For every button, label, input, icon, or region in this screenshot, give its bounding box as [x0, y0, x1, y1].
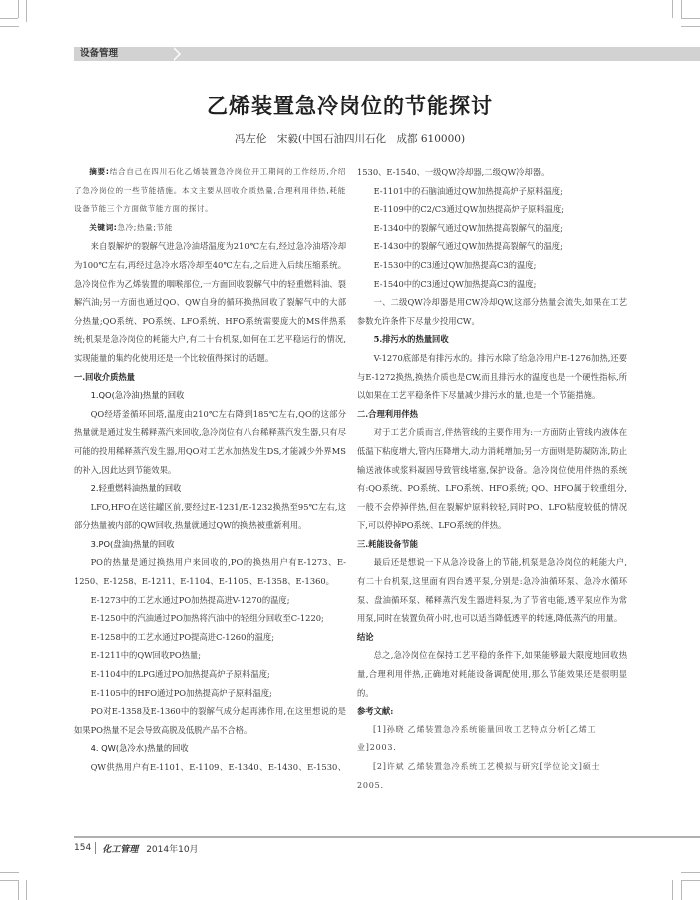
abstract-label: 摘要:	[89, 167, 109, 176]
subsection-heading: 3.PO(盘油)热量的回收	[74, 535, 346, 554]
paragraph: E-1101中的石脑油通过QW加热提高炉子原料温度;	[357, 182, 627, 201]
paragraph: PO的热量是通过换热用户来回收的,PO的换热用户有E-1273、E-1250、E…	[74, 553, 346, 590]
paragraph: E-1540中的C3通过QW加热提高C3的温度;	[357, 275, 627, 294]
journal-name: 化工管理	[102, 842, 138, 855]
intro-paragraph: 来自裂解炉的裂解气进急冷油塔温度为210℃左右,经过急冷油塔冷却为100℃左右,…	[74, 237, 346, 367]
paragraph: QO经塔釜循环回塔,温度由210℃左右降到185℃左右,QO的这部分热量就是通过…	[74, 405, 346, 479]
crop-mark-bottom-right-h	[681, 872, 700, 873]
section-heading: 一.回收介质热量	[74, 368, 346, 387]
section-label: 设备管理	[80, 47, 118, 61]
paragraph-continuation: 1530、E-1540、一级QW冷却器,二级QW冷却器。	[357, 163, 627, 182]
paragraph: QW供热用户有E-1101、E-1109、E-1340、E-1430、E-153…	[74, 758, 346, 777]
references-heading: 参考文献:	[357, 702, 627, 721]
subsection-heading: 1.QO(急冷油)热量的回收	[74, 386, 346, 405]
paragraph: E-1340中的裂解气通过QW加热提高裂解气的温度;	[357, 219, 627, 238]
section-heading: 三.耗能设备节能	[357, 535, 627, 554]
crop-mark-bottom-left-v	[26, 880, 27, 900]
paragraph: 一、二级QW冷却器是用CW冷却QW,这部分热量会流失,如果在工艺参数允许条件下尽…	[357, 293, 627, 330]
chevron-inner-shape	[172, 47, 179, 61]
paragraph: 最后还是想说一下从急冷设备上的节能,机泵是急冷岗位的耗能大户,有二十台机泵,这里…	[357, 553, 627, 627]
section-heading: 二.合理利用伴热	[357, 405, 627, 424]
crop-mark-bottom-left-h	[0, 872, 19, 873]
left-column: 摘要:结合自己在四川石化乙烯装置急冷岗位开工期间的工作经历,介绍了急冷岗位的一些…	[74, 163, 346, 777]
article-title: 乙烯装置急冷岗位的节能探讨	[0, 90, 700, 120]
paragraph: 总之,急冷岗位在保持工艺平稳的条件下,如果能够最大限度地回收热量,合理利用伴热,…	[357, 646, 627, 702]
section-header-bar: 设备管理	[74, 47, 700, 61]
crop-mark-top-right-box	[681, 0, 682, 18]
reference-item: [2]许斌 乙烯装置急冷系统工艺模拟与研究[学位论文]硕士 2005.	[357, 758, 627, 795]
paragraph: PO对E-1358及E-1360中的裂解气成分起再沸作用,在这里想说的是如果PO…	[74, 702, 346, 739]
issue-date: 2014年10月	[146, 842, 198, 855]
keywords: 关键词:急冷;热量;节能	[74, 219, 346, 238]
keywords-label: 关键词:	[89, 223, 117, 232]
reference-item: [1]孙晓 乙烯装置急冷系统能量回收工艺特点分析[乙烯工业]2003.	[357, 721, 627, 758]
page-number: 154	[74, 842, 96, 854]
crop-mark-bottom-right-boxh	[681, 880, 700, 881]
subsection-heading: 5.排污水的热量回收	[357, 330, 627, 349]
crop-mark-bottom-right-box	[681, 880, 682, 900]
paragraph: E-1258中的工艺水通过PO提高进C-1260的温度;	[74, 628, 346, 647]
paragraph: E-1105中的HFO通过PO加热提高炉子原料温度;	[74, 684, 346, 703]
crop-mark-top-left-box	[18, 0, 19, 18]
subsection-heading: 4. QW(急冷水)热量的回收	[74, 739, 346, 758]
crop-mark-top-right-boxh	[681, 18, 700, 19]
paragraph: E-1109中的C2/C3通过QW加热提高炉子原料温度;	[357, 200, 627, 219]
conclusion-heading: 结论	[357, 628, 627, 647]
abstract-text: 结合自己在四川石化乙烯装置急冷岗位开工期间的工作经历,介绍了急冷岗位的一些节能措…	[74, 167, 346, 213]
paragraph: E-1430中的裂解气通过QW加热提高裂解气的温度;	[357, 237, 627, 256]
abstract: 摘要:结合自己在四川石化乙烯装置急冷岗位开工期间的工作经历,介绍了急冷岗位的一些…	[74, 163, 346, 219]
subsection-heading: 2.轻重燃料油热量的回收	[74, 479, 346, 498]
paragraph: V-1270底部是有排污水的。排污水除了给急冷用户E-1276加热,还要与E-1…	[357, 349, 627, 405]
footer-rule	[74, 836, 700, 838]
crop-mark-top-right-h	[681, 26, 700, 27]
paragraph: E-1104中的LPG通过PO加热提高炉子原料温度;	[74, 665, 346, 684]
crop-mark-top-left-boxh	[0, 18, 18, 19]
crop-mark-bottom-left-boxh	[0, 880, 18, 881]
paragraph: LFO,HFO在送往罐区前,要经过E-1231/E-1232换热至95℃左右,这…	[74, 498, 346, 535]
paragraph: E-1250中的汽油通过PO加热将汽油中的轻组分回收至C-1220;	[74, 609, 346, 628]
crop-mark-top-left-h	[0, 26, 19, 27]
paragraph: E-1211中的QW回收PO热量;	[74, 646, 346, 665]
right-column: 1530、E-1540、一级QW冷却器,二级QW冷却器。 E-1101中的石脑油…	[357, 163, 627, 795]
keywords-text: 急冷;热量;节能	[117, 223, 172, 232]
crop-mark-bottom-left-box	[18, 880, 19, 900]
page-footer: 154 化工管理 2014年10月	[74, 841, 199, 855]
article-authors: 冯左伦 宋毅(中国石油四川石化 成都 610000)	[0, 131, 700, 146]
crop-mark-bottom-right-v	[672, 880, 673, 900]
paragraph: E-1273中的工艺水通过PO加热提高进V-1270的温度;	[74, 591, 346, 610]
paragraph: E-1530中的C3通过QW加热提高C3的温度;	[357, 256, 627, 275]
crop-mark-top-right-v	[672, 0, 673, 18]
crop-mark-top-left-v	[26, 0, 27, 22]
paragraph: 对于工艺介质而言,伴热管线的主要作用为:一方面防止管线内液体在低温下粘度增大,管…	[357, 423, 627, 535]
